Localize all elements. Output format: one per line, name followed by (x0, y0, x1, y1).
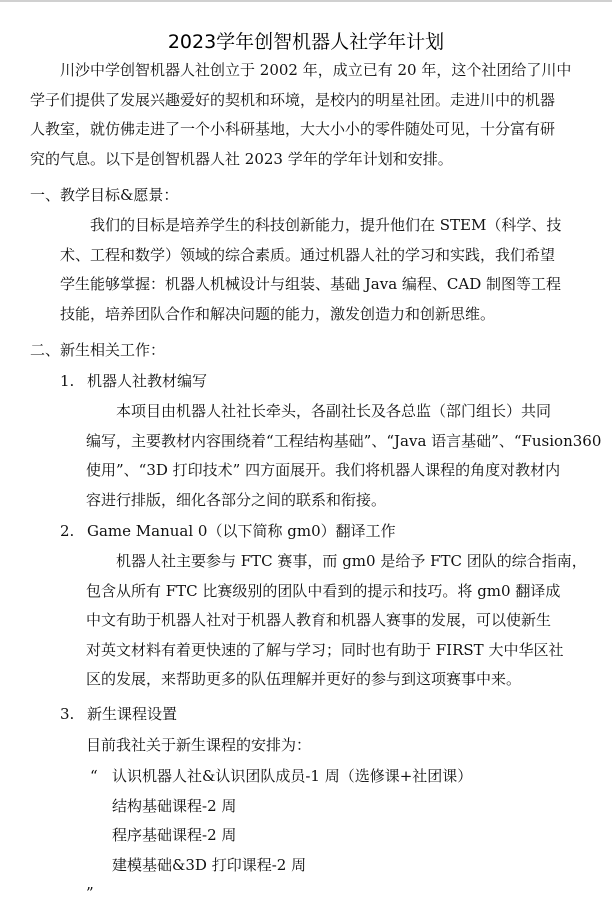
section-1-line: 学生能够掌握：机器人机械设计与组装、基础 Java 编程、CAD 制图等工程 (60, 270, 582, 300)
item-title: 机器人社教材编写 (87, 372, 207, 390)
item-2-line: 包含从所有 FTC 比赛级别的团队中看到的提示和技巧。将 gm0 翻译成 (86, 577, 582, 607)
intro-paragraph: 川沙中学创智机器人社创立于 2002 年，成立已有 20 年，这个社团给了川中 … (30, 56, 582, 174)
item-number: 3. (60, 700, 87, 730)
course-item: 程序基础课程-2 周 (112, 821, 582, 851)
item-2-line: 机器人社主要参与 FTC 赛事，而 gm0 是给予 FTC 团队的综合指南， (86, 547, 582, 577)
intro-line: 究的气息。以下是创智机器人社 2023 学年的学年计划和安排。 (30, 145, 582, 175)
item-2-line: 区的发展，来帮助更多的队伍理解并更好的参与到这项赛事中来。 (86, 665, 582, 695)
close-quote: ” (86, 879, 94, 909)
section-1-line: 技能，培养团队合作和解决问题的能力，激发创造力和创新思维。 (60, 300, 582, 330)
section-1-line: 我们的目标是培养学生的科技创新能力，提升他们在 STEM（科学、技 (60, 211, 582, 241)
intro-line: 学子们提供了发展兴趣爱好的契机和环境，是校内的明星社团。走进川中的机器 (30, 86, 582, 116)
page-title: 2023学年创智机器人社学年计划 (0, 29, 612, 55)
item-1-heading: 1.机器人社教材编写 (60, 367, 207, 397)
intro-line: 人教室，就仿佛走进了一个小科研基地，大大小小的零件随处可见，十分富有研 (30, 115, 582, 145)
section-1-line: 术、工程和数学）领域的综合素质。通过机器人社的学习和实践，我们希望 (60, 241, 582, 271)
intro-line: 川沙中学创智机器人社创立于 2002 年，成立已有 20 年，这个社团给了川中 (30, 56, 582, 86)
item-number: 1. (60, 367, 87, 397)
item-1-paragraph: 本项目由机器人社社长牵头，各副社长及各总监（部门组长）共同 编写，主要教材内容围… (86, 397, 582, 515)
item-number: 2. (60, 517, 87, 547)
item-3-heading: 3.新生课程设置 (60, 700, 177, 730)
course-item: 建模基础&3D 打印课程-2 周 (112, 851, 582, 881)
course-list: 认识机器人社&认识团队成员-1 周（选修课+社团课） 结构基础课程-2 周 程序… (112, 762, 582, 880)
item-2-line: 中文有助于机器人社对于机器人教育和机器人赛事的发展，可以使新生 (86, 606, 582, 636)
course-item: 认识机器人社&认识团队成员-1 周（选修课+社团课） (112, 762, 582, 792)
item-1-line: 本项目由机器人社社长牵头，各副社长及各总监（部门组长）共同 (86, 397, 582, 427)
section-1-heading: 一、教学目标&愿景： (30, 181, 178, 211)
item-title: 新生课程设置 (87, 705, 177, 723)
item-2-line: 对英文材料有着更快速的了解与学习；同时也有助于 FIRST 大中华区社 (86, 636, 582, 666)
item-3-intro: 目前我社关于新生课程的安排为： (86, 731, 311, 761)
item-1-line: 容进行排版，细化各部分之间的联系和衔接。 (86, 486, 582, 516)
item-2-heading: 2.Game Manual 0（以下简称 gm0）翻译工作 (60, 517, 396, 547)
section-1-paragraph: 我们的目标是培养学生的科技创新能力，提升他们在 STEM（科学、技 术、工程和数… (60, 211, 582, 329)
item-title: Game Manual 0（以下简称 gm0）翻译工作 (87, 522, 396, 540)
course-item: 结构基础课程-2 周 (112, 792, 582, 822)
open-quote: “ (90, 762, 98, 792)
item-1-line: 使用”、“3D 打印技术” 四方面展开。我们将机器人课程的角度对教材内 (86, 456, 582, 486)
item-1-line: 编写，主要教材内容围绕着“工程结构基础”、“Java 语言基础”、“Fusion… (86, 427, 582, 457)
section-2-heading: 二、新生相关工作： (30, 336, 165, 366)
item-2-paragraph: 机器人社主要参与 FTC 赛事，而 gm0 是给予 FTC 团队的综合指南， 包… (86, 547, 582, 695)
